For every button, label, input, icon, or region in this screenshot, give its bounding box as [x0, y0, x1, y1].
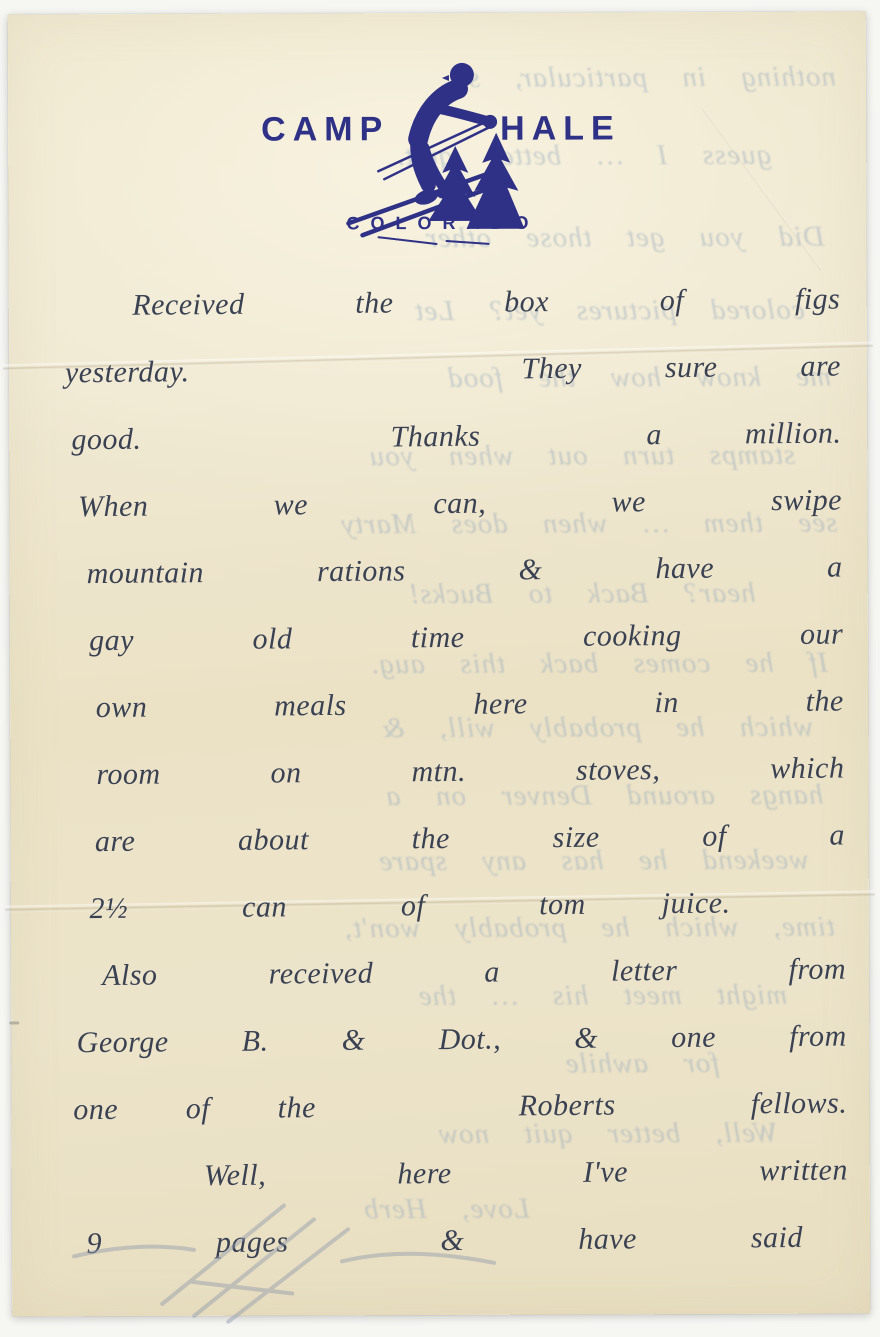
letter-line: Received the box of figs [54, 266, 841, 340]
letter-line: George B. & Dot., & one from [60, 1003, 847, 1077]
letter-line: yesterday. They sure are [55, 333, 842, 407]
letter-line: room on mtn. stoves, which [58, 735, 845, 809]
letter-paper: nothing in particular, so guess I … bett… [8, 12, 871, 1317]
letter-line: Well, here I've written [62, 1137, 849, 1211]
letter-line: Also received a letter from [60, 936, 847, 1010]
letter-line: are about the size of a [59, 802, 846, 876]
letter-line: good. Thanks a million. [55, 400, 842, 474]
letter-line: 9 pages & have said [62, 1204, 849, 1278]
corner-crease [702, 108, 823, 271]
skier-logo-icon [320, 51, 536, 247]
letter-line: own meals here in the [58, 668, 845, 742]
letter-line: When we can, we swipe [56, 467, 843, 541]
letter-line: gay old time cooking our [57, 601, 844, 675]
bleedthrough-line: nothing in particular, so [452, 61, 836, 95]
paper-edge-nick [9, 1021, 19, 1024]
scan-background: nothing in particular, so guess I … bett… [0, 0, 880, 1337]
letter-line: mountain rations & have a [56, 534, 843, 608]
letter-line: 2½ can of tom juice. [59, 869, 846, 943]
letterhead-hale-text: HALE [500, 109, 621, 148]
letterhead-colorado-text: COLORADO [346, 213, 539, 235]
bleedthrough-line: guess I … better quit. [396, 139, 771, 173]
letter-body: Received the box of figs yesterday. They… [54, 266, 849, 1278]
letter-line: one of the Roberts fellows. [61, 1070, 848, 1144]
letterhead-camp-text: CAMP [261, 110, 389, 149]
bleedthrough-line: Did you get those other [425, 221, 825, 255]
